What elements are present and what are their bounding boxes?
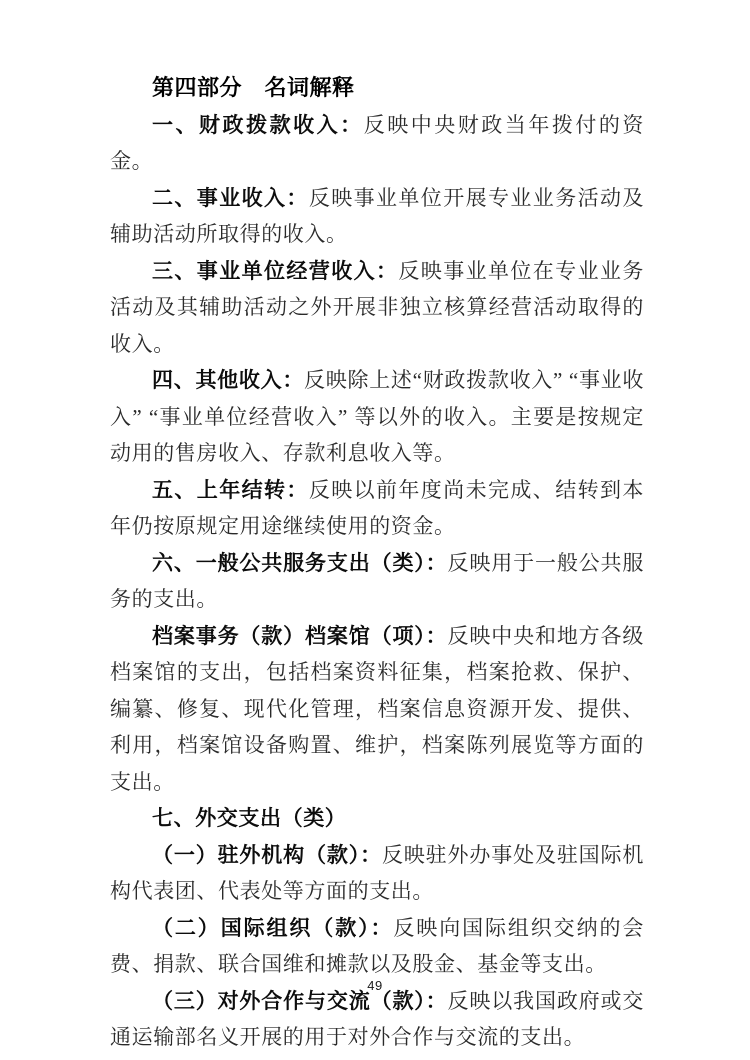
paragraph-definition: 反映中央和地方各级档案馆的支出，包括档案资料征集，档案抢救、保护、编纂、修复、现… — [110, 624, 644, 794]
paragraph-6: 六、一般公共服务支出（类）：反映用于一般公共服务的支出。 — [110, 545, 644, 618]
paragraph-10: （二）国际组织（款）：反映向国际组织交纳的会费、捐款、联合国维和摊款以及股金、基… — [110, 910, 644, 983]
paragraph-lead-term: （一）驻外机构（款）： — [152, 843, 382, 867]
paragraph-lead-term: 二、事业收入： — [152, 186, 309, 210]
paragraph-lead-term: 五、上年结转： — [152, 478, 309, 502]
paragraph-2: 二、事业收入：反映事业单位开展专业业务活动及辅助活动所取得的收入。 — [110, 180, 644, 253]
paragraph-4: 四、其他收入：反映除上述“财政拨款收入” “事业收入” “事业单位经营收入” 等… — [110, 362, 644, 472]
paragraph-11: （三）对外合作与交流（款）：反映以我国政府或交通运输部名义开展的用于对外合作与交… — [110, 983, 644, 1056]
paragraph-lead-term: 四、其他收入： — [152, 368, 304, 392]
paragraph-8: 七、外交支出（类） — [110, 800, 644, 837]
paragraph-7: 档案事务（款）档案馆（项）：反映中央和地方各级档案馆的支出，包括档案资料征集，档… — [110, 618, 644, 801]
paragraph-lead-term: （二）国际组织（款）： — [152, 916, 393, 940]
section-heading: 第四部分 名词解释 — [110, 70, 644, 107]
paragraph-lead-term: 七、外交支出（类） — [152, 806, 346, 830]
paragraph-1: 一、财政拨款收入：反映中央财政当年拨付的资金。 — [110, 107, 644, 180]
paragraph-lead-term: 一、财政拨款收入： — [152, 113, 364, 137]
document-page: 第四部分 名词解释 一、财政拨款收入：反映中央财政当年拨付的资金。 二、事业收入… — [0, 0, 750, 1060]
paragraph-3: 三、事业单位经营收入：反映事业单位在专业业务活动及其辅助活动之外开展非独立核算经… — [110, 253, 644, 363]
paragraph-lead-term: 六、一般公共服务支出（类）： — [152, 551, 448, 575]
document-body: 一、财政拨款收入：反映中央财政当年拨付的资金。 二、事业收入：反映事业单位开展专… — [110, 107, 644, 1056]
paragraph-9: （一）驻外机构（款）：反映驻外办事处及驻国际机构代表团、代表处等方面的支出。 — [110, 837, 644, 910]
document-content: 第四部分 名词解释 一、财政拨款收入：反映中央财政当年拨付的资金。 二、事业收入… — [110, 70, 644, 1056]
paragraph-lead-term: 档案事务（款）档案馆（项）： — [152, 624, 448, 648]
page-number: 49 — [0, 978, 750, 993]
paragraph-lead-term: 三、事业单位经营收入： — [152, 259, 398, 283]
paragraph-5: 五、上年结转：反映以前年度尚未完成、结转到本年仍按原规定用途继续使用的资金。 — [110, 472, 644, 545]
